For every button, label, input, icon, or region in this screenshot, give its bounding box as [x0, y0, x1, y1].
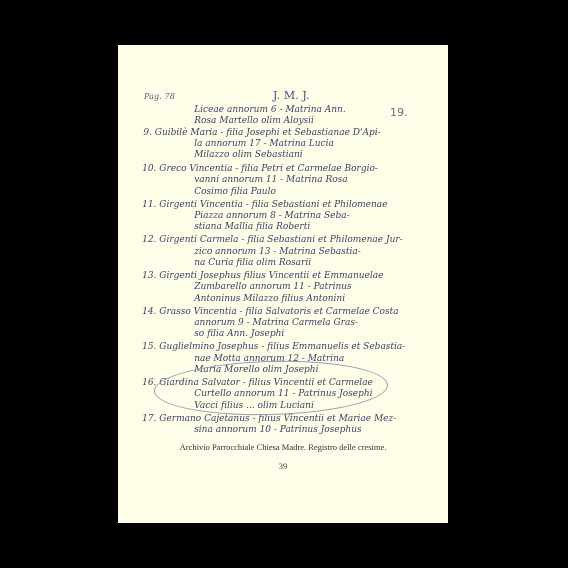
register-line: Liceae annorum 6 - Matrina Ann.: [194, 105, 346, 115]
register-line: 15. Guglielmino Josephus - filius Emmanu…: [142, 342, 405, 352]
register-line: so filia Ann. Josephi: [194, 329, 284, 339]
document-page: Pag. 78 J. M. J. 19. Liceae annorum 6 - …: [118, 45, 448, 523]
header-monogram: J. M. J.: [273, 89, 310, 102]
register-line: 17. Germano Cajetanus - filius Vincentii…: [142, 414, 396, 424]
register-line: 10. Greco Vincentia - filia Petri et Car…: [142, 164, 378, 174]
register-line: Zumbarello annorum 11 - Patrinus: [194, 282, 352, 292]
highlight-oval: [153, 358, 388, 418]
register-line: 12. Girgenti Carmela - filia Sebastiani …: [142, 235, 403, 245]
register-line: 13. Girgenti Josephus filius Vincentii e…: [142, 271, 383, 281]
register-line: Antoninus Milazzo filius Antonini: [194, 294, 345, 304]
register-line: 11. Girgenti Vincentia - filia Sebastian…: [142, 200, 387, 210]
image-caption: Archivio Parrocchiale Chiesa Madre. Regi…: [118, 442, 448, 452]
register-line: annorum 9 - Matrina Carmela Gras-: [194, 318, 358, 328]
register-line: sina annorum 10 - Patrinus Josephus: [194, 425, 361, 435]
register-line: Rosa Martello olim Aloysii: [194, 116, 314, 126]
register-line: zico annorum 13 - Matrina Sebastia-: [194, 247, 361, 257]
register-line: vanni annorum 11 - Matrina Rosa: [194, 175, 347, 185]
register-line: Cosimo filia Paulo: [194, 187, 276, 197]
register-line: Milazzo olim Sebastiani: [194, 150, 302, 160]
folio-number: 19.: [390, 106, 408, 119]
page-reference-note: Pag. 78: [144, 92, 175, 101]
register-line: la annorum 17 - Matrina Lucia: [194, 139, 334, 149]
register-line: stiana Mallia filia Roberti: [194, 222, 310, 232]
register-line: 14. Grasso Vincentia - filia Salvatoris …: [142, 307, 398, 317]
register-line: Piazza annorum 8 - Matrina Seba-: [194, 211, 349, 221]
page-number: 39: [118, 461, 448, 471]
register-line: na Curia filia olim Rosarii: [194, 258, 311, 268]
register-line: 9. Guibilè Maria - filia Josephi et Seba…: [143, 128, 380, 138]
